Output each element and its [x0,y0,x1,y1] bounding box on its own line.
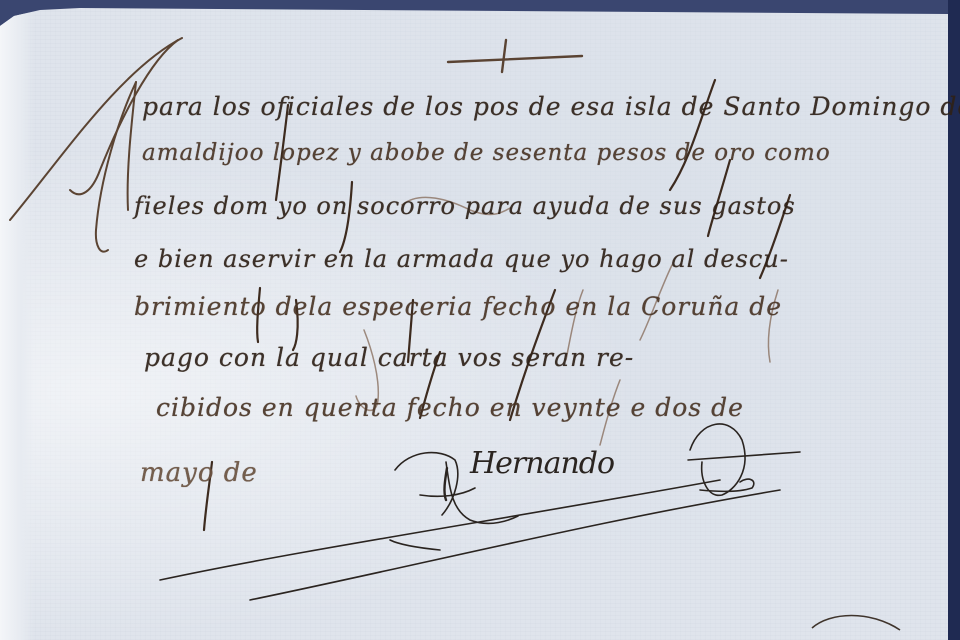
manuscript-line-1: para los oficiales de los pos de esa isl… [142,92,960,121]
signature: Hernando [470,446,614,481]
manuscript-line-5: brimiento dela especeria fecho en la Cor… [134,292,782,321]
cross-mark-icon [448,40,582,72]
manuscript-line-4: e bien aservir en la armada que yo hago … [134,245,789,273]
manuscript-photo: para los oficiales de los pos de esa isl… [0,0,960,640]
manuscript-line-7: cibidos en quenta fecho en veynte e dos … [156,393,744,422]
handwriting-layer: para los oficiales de los pos de esa isl… [0,0,960,640]
manuscript-line-3: fieles dom yo on socorro para ayuda de s… [134,192,796,220]
manuscript-line-2: amaldijoo lopez y abobe de sesenta pesos… [142,140,831,166]
bottom-curve [812,616,900,631]
manuscript-line-8: mayo de [140,458,258,488]
signature-name-strokes [444,468,447,500]
manuscript-line-6: pago con la qual carta vos seran re- [144,343,634,372]
